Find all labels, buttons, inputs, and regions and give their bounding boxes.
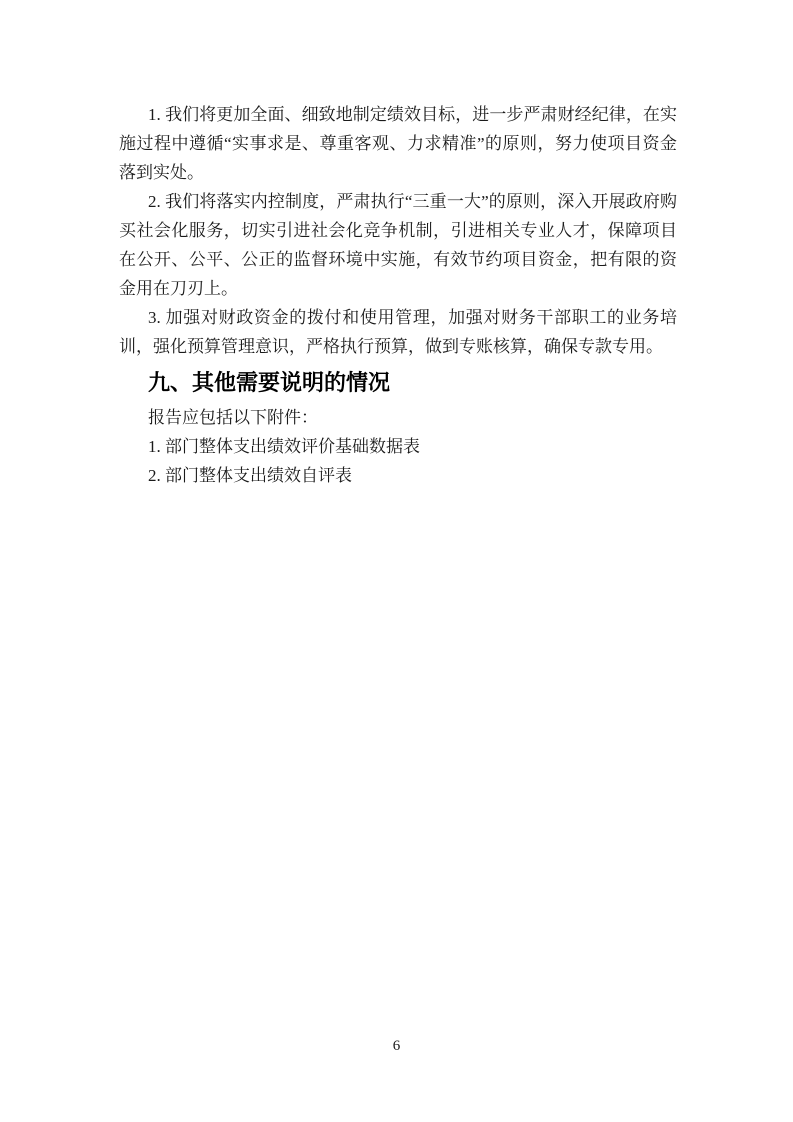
paragraph-improvement-measure-1: 1. 我们将更加全面、细致地制定绩效目标，进一步严肃财经纪律，在实施过程中遵循“… bbox=[119, 100, 677, 187]
paragraph-improvement-measure-2: 2. 我们将落实内控制度，严肃执行“三重一大”的原则，深入开展政府购买社会化服务… bbox=[119, 187, 677, 303]
document-body: 1. 我们将更加全面、细致地制定绩效目标，进一步严肃财经纪律，在实施过程中遵循“… bbox=[119, 100, 677, 490]
page-number: 6 bbox=[0, 1036, 793, 1056]
attachment-item-2: 2. 部门整体支出绩效自评表 bbox=[119, 461, 677, 490]
section-heading-nine: 九、其他需要说明的情况 bbox=[119, 367, 677, 399]
paragraph-improvement-measure-3: 3. 加强对财政资金的拨付和使用管理，加强对财务干部职工的业务培训，强化预算管理… bbox=[119, 303, 677, 361]
attachment-intro: 报告应包括以下附件： bbox=[119, 403, 677, 432]
attachment-item-1: 1. 部门整体支出绩效评价基础数据表 bbox=[119, 432, 677, 461]
document-page: 1. 我们将更加全面、细致地制定绩效目标，进一步严肃财经纪律，在实施过程中遵循“… bbox=[0, 0, 793, 1122]
